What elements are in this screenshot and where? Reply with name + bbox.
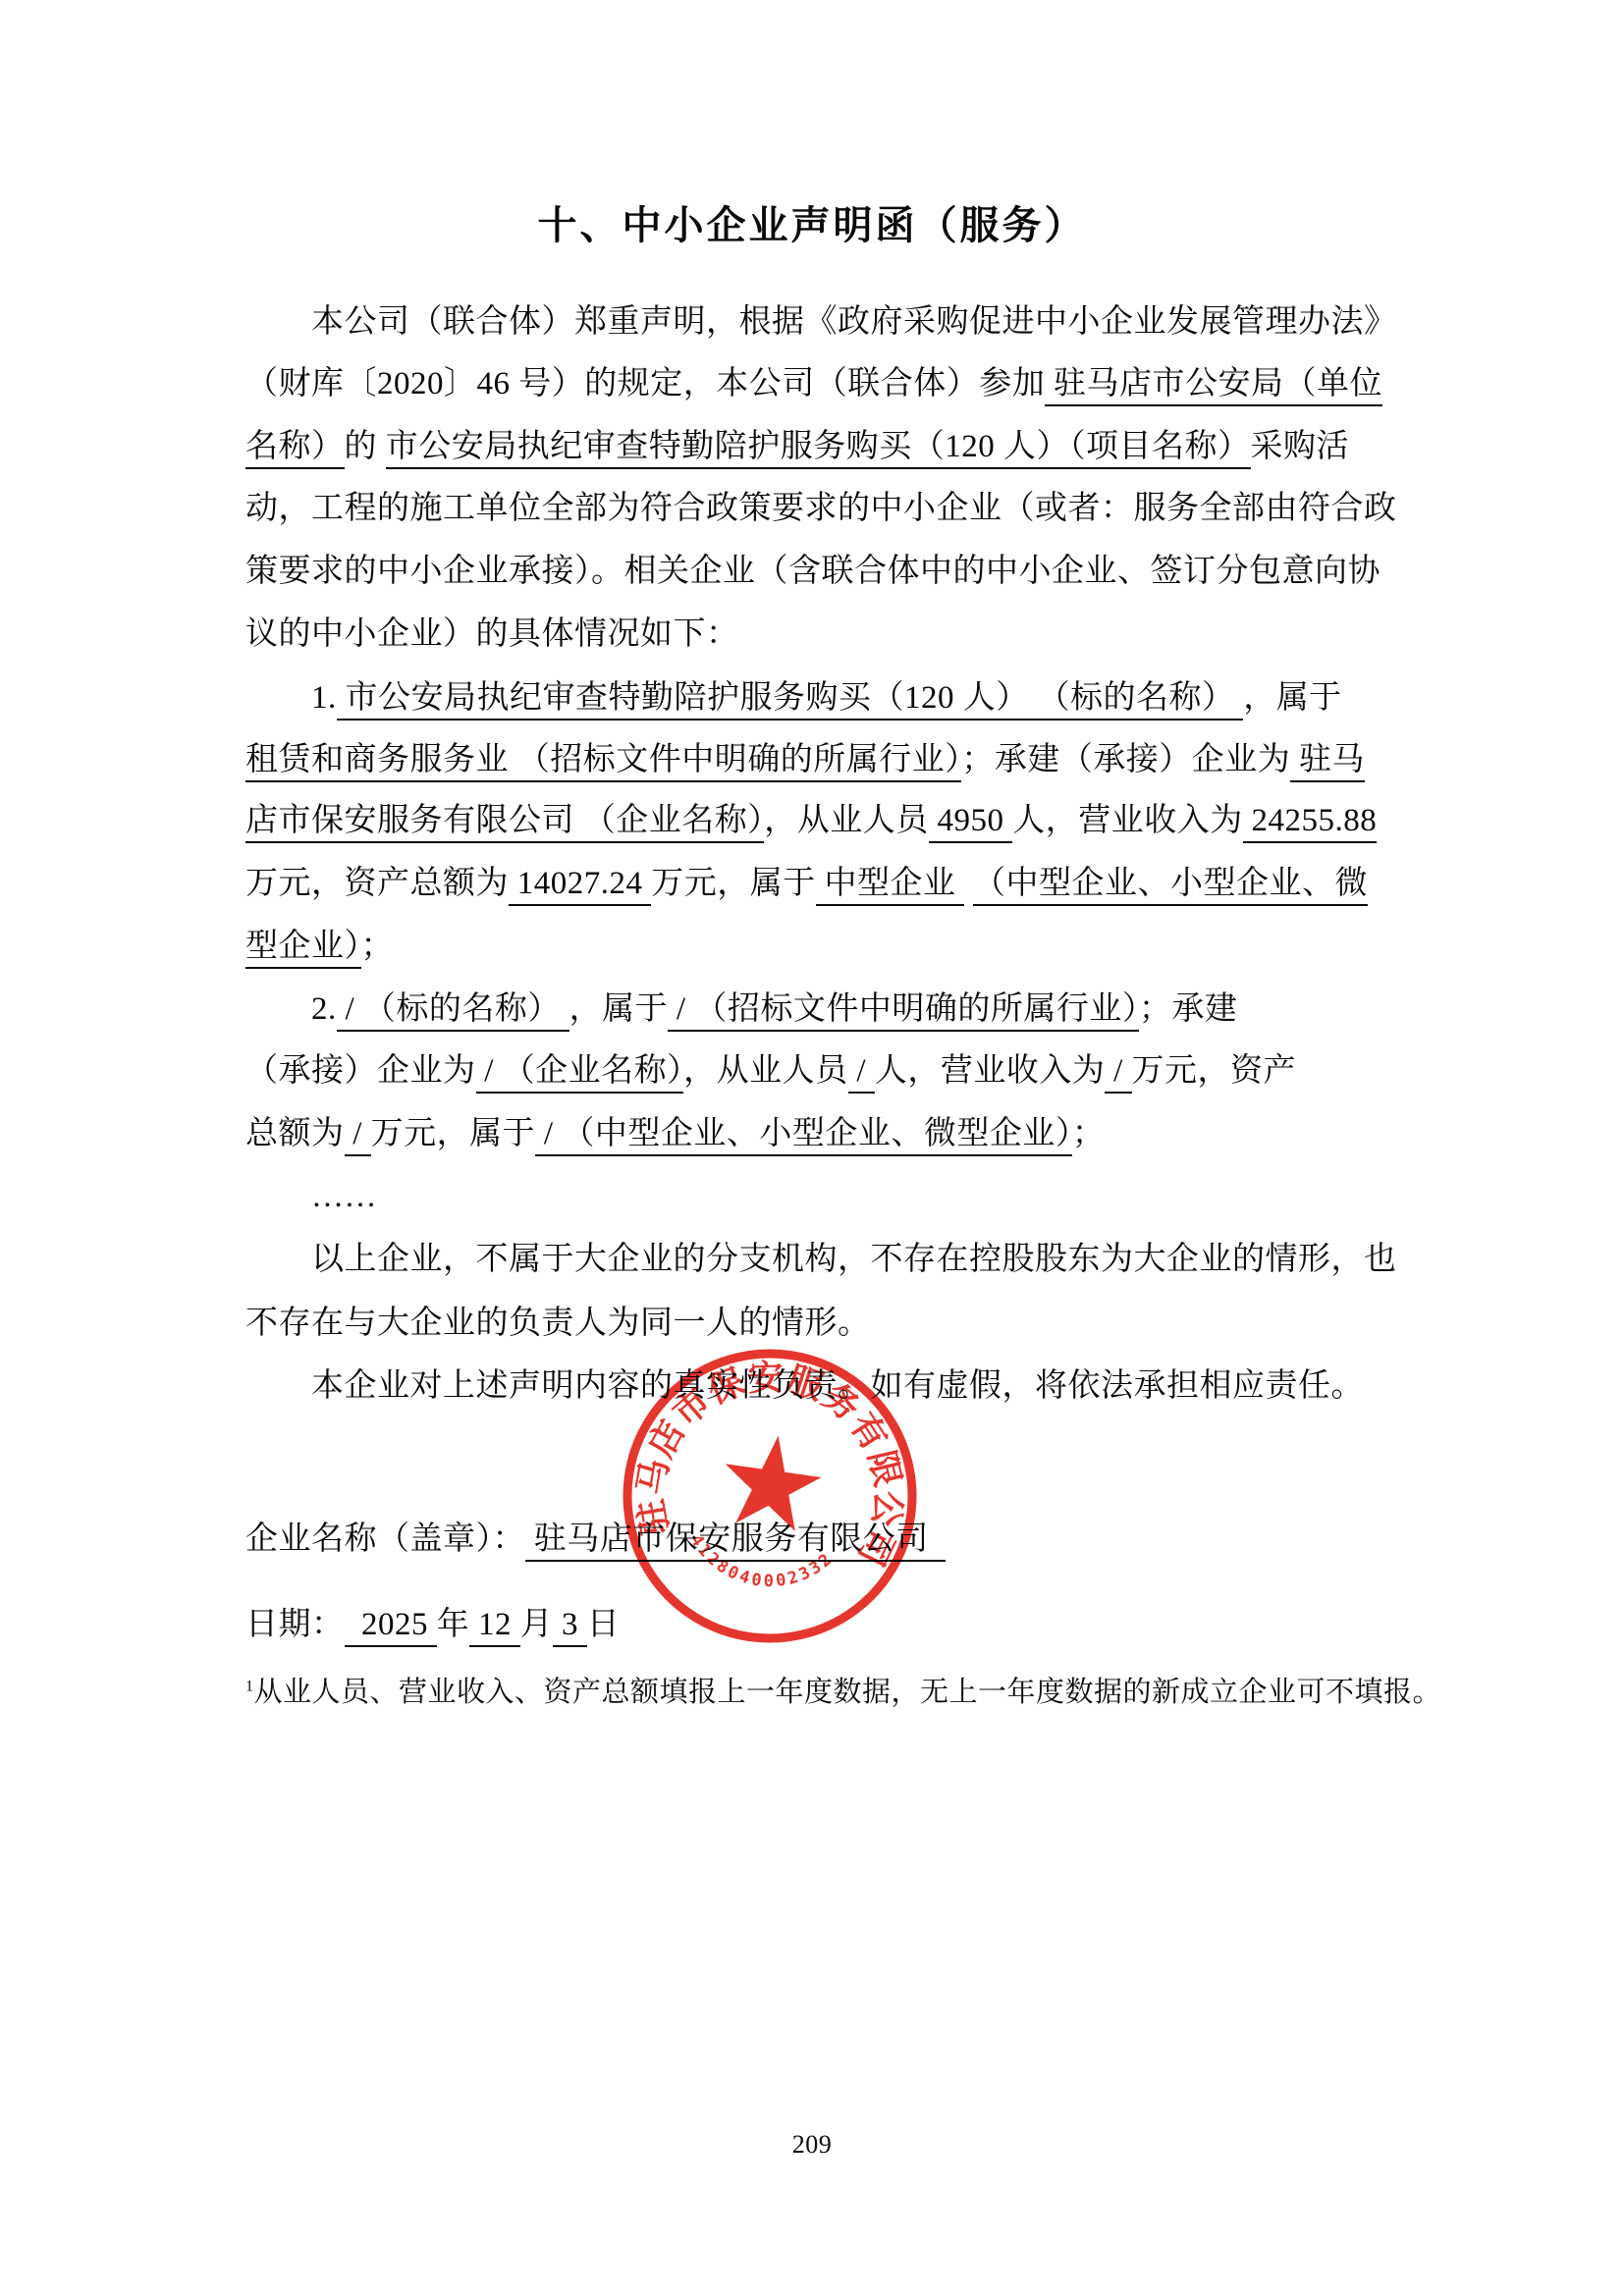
text-segment: ，从业人员 [764,803,929,838]
filled-value: 14027.24 [509,866,651,906]
text-segment: 月 [520,1607,554,1642]
text-segment: （财库〔2020〕46 号）的规定，本公司（联合体）参加 [245,366,1045,401]
page-number: 209 [0,2130,1624,2160]
text-segment: 本公司（联合体）郑重声明，根据《政府采购促进中小企业发展管理办法》 [311,304,1397,340]
text-segment: 万元，属于 [651,866,816,901]
text-line: 总额为 / 万元，属于 / （中型企业、小型企业、微型企业）； [245,1116,1105,1153]
text-segment [964,866,973,901]
text-line: 不存在与大企业的负责人为同一人的情形。 [245,1306,871,1343]
filled-value: 店市保安服务有限公司 （企业名称） [245,803,764,843]
filled-value: 4950 [929,803,1013,843]
filled-value: 24255.88 [1243,803,1378,843]
text-line: （财库〔2020〕46 号）的规定，本公司（联合体）参加 驻马店市公安局（单位 [245,366,1382,403]
filled-value: 3 [553,1607,587,1647]
filled-value: 名称） [245,429,345,469]
filled-value: / （招标文件中明确的所属行业） [668,991,1139,1032]
text-segment: 209 [792,2130,833,2159]
text-segment: 从业人员、营业收入、资产总额填报上一年度数据，无上一年度数据的新成立企业可不填报… [253,1677,1441,1708]
text-segment: 日 [587,1607,621,1642]
text-segment: ，属于 [1243,680,1342,716]
text-segment: ，从业人员 [683,1053,848,1089]
text-line: 策要求的中小企业承接）。相关企业（含联合体中的中小企业、签订分包意向协 [245,554,1380,591]
text-segment: （承接）企业为 [245,1053,476,1089]
text-line: 店市保安服务有限公司 （企业名称），从业人员 4950 人，营业收入为 2425… [245,803,1377,840]
text-segment: 不存在与大企业的负责人为同一人的情形。 [245,1306,871,1341]
text-segment: …… [311,1179,377,1214]
text-line: 万元，资产总额为 14027.24 万元，属于 中型企业 （中型企业、小型企业、… [245,866,1368,903]
text-line: 议的中小企业）的具体情况如下： [245,616,739,654]
filled-value: / [535,1116,562,1156]
text-segment: 以上企业，不属于大企业的分支机构，不存在控股股东为大企业的情形，也 [311,1242,1397,1277]
filled-value: 2025 [345,1607,437,1647]
filled-value: 租赁和商务服务业 （招标文件中明确的所属行业） [245,742,961,782]
text-line: 1. 市公安局执纪审查特勤陪护服务购买（120 人） （标的名称） ，属于 [311,680,1342,718]
filled-value: / [345,1116,371,1156]
text-line: 型企业）； [245,929,394,966]
filled-value: 型企业） [245,929,361,969]
filled-value: （中型企业、小型企业、微 [973,866,1368,906]
company-seal: 驻马店市保安服务有限公司 4128040002332 [618,1344,922,1648]
text-segment: 年 [437,1607,470,1642]
filled-value: 中型企业 [816,866,965,906]
text-segment: 万元，资产 [1132,1053,1297,1089]
text-segment: 企业名称（盖章）： [245,1522,525,1557]
text-line: 本公司（联合体）郑重声明，根据《政府采购促进中小企业发展管理办法》 [311,304,1397,342]
filled-value: 市公安局执纪审查特勤陪护服务购买（120 人） （标的名称） [337,680,1244,721]
text-segment: 万元，属于 [371,1116,536,1151]
seal-number-text: 4128040002332 [680,1529,839,1601]
filled-value: 驻马店市公安局（单位 [1045,366,1382,406]
text-segment: ；承建（承接）企业为 [961,742,1290,777]
filled-value: （中型企业、小型企业、微型企业） [562,1116,1072,1156]
text-segment: 议的中小企业）的具体情况如下： [245,616,739,652]
svg-text:4128040002332: 4128040002332 [680,1529,839,1601]
text-line: 租赁和商务服务业 （招标文件中明确的所属行业）；承建（承接）企业为 驻马 [245,742,1365,779]
text-line: 名称）的 市公安局执纪审查特勤陪护服务购买（120 人）（项目名称）采购活 [245,429,1349,466]
text-line: （承接）企业为 / （企业名称），从业人员 / 人，营业收入为 / 万元，资产 [245,1053,1296,1091]
filled-value: / （企业名称） [476,1053,684,1094]
text-line: 2. / （标的名称） ，属于 / （招标文件中明确的所属行业）；承建 [311,991,1237,1029]
text-segment: 的 [345,429,386,464]
text-segment: 日期： [245,1607,345,1642]
text-segment: 2. [311,991,337,1027]
filled-value: 12 [469,1607,520,1647]
text-segment: 人，营业收入为 [1012,803,1243,838]
filled-value: 驻马 [1290,742,1365,782]
document-title: 十、中小企业声明函（服务） [0,194,1624,250]
footnote: 1从业人员、营业收入、资产总额填报上一年度数据，无上一年度数据的新成立企业可不填… [245,1677,1441,1709]
text-segment: 人，营业收入为 [875,1053,1106,1089]
text-line: 以上企业，不属于大企业的分支机构，不存在控股股东为大企业的情形，也 [311,1242,1397,1279]
text-segment: ； [361,929,395,964]
text-segment: ；承建 [1139,991,1238,1027]
text-segment: ； [1072,1116,1106,1151]
seal-star-icon [718,1429,827,1534]
filled-value: / [848,1053,875,1094]
filled-value: / [1105,1053,1131,1094]
text-line: …… [311,1179,377,1216]
text-line: 动，工程的施工单位全部为符合政策要求的中小企业（或者：服务全部由符合政 [245,491,1397,528]
date-line: 日期： 2025 年 12 月 3 日 [245,1607,620,1644]
text-segment: 动，工程的施工单位全部为符合政策要求的中小企业（或者：服务全部由符合政 [245,491,1397,526]
text-segment: 总额为 [245,1116,345,1151]
filled-value: / （标的名称） [337,991,569,1032]
text-segment: 采购活 [1251,429,1350,464]
text-segment: ，属于 [569,991,669,1027]
text-segment: 万元，资产总额为 [245,866,509,901]
text-segment: 1. [311,680,337,716]
document-page: 十、中小企业声明函（服务） 本公司（联合体）郑重声明，根据《政府采购促进中小企业… [0,0,1624,2296]
filled-value: 市公安局执纪审查特勤陪护服务购买（120 人）（项目名称） [386,429,1251,469]
text-segment: 策要求的中小企业承接）。相关企业（含联合体中的中小企业、签订分包意向协 [245,554,1380,589]
